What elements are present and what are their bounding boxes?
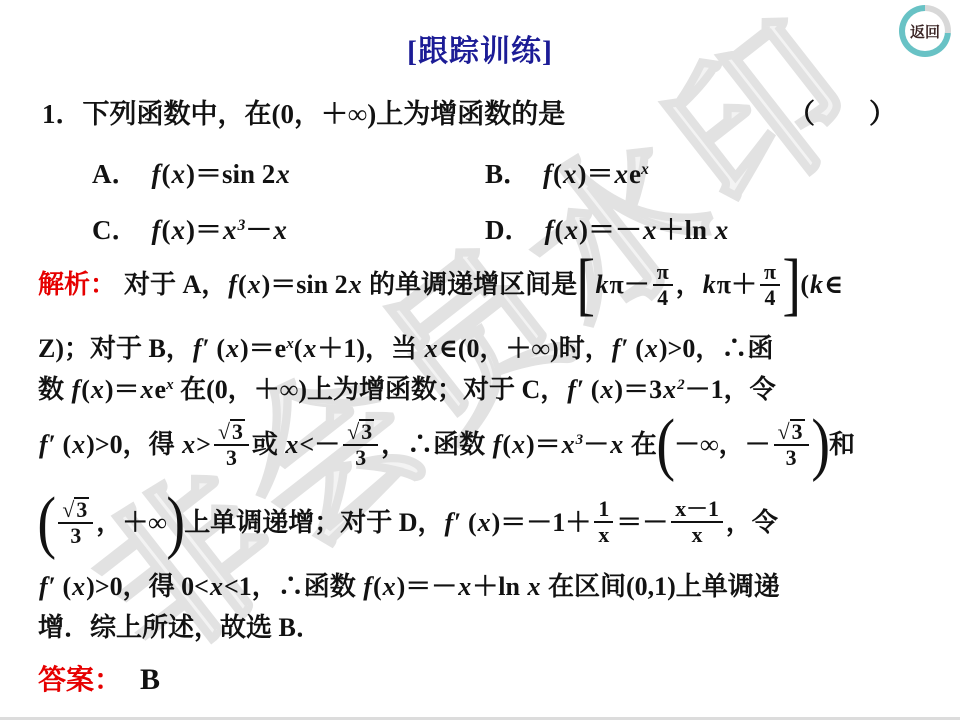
option-a-formula: f(x)＝sin 2x <box>151 159 291 189</box>
options: A．f(x)＝sin 2x B．f(x)＝xex C．f(x)＝x3－x D．f… <box>92 152 920 247</box>
option-b-label: B． <box>485 159 530 189</box>
question-line: 1．下列函数中，在(0，＋∞)上为增函数的是 （ ） <box>42 92 896 131</box>
answer-line: 答案：B <box>38 658 160 698</box>
option-d-label: D． <box>485 215 532 245</box>
analysis-line-3: 数 f(x)＝xex 在(0，＋∞)上为增函数；对于 C，f′ (x)＝3x2－… <box>38 371 938 409</box>
answer-value: B <box>140 663 160 696</box>
analysis-line-1-content: 对于 A，f(x)＝sin 2x 的单调递增区间是[kπ－π4，kπ＋π4](k… <box>124 270 843 299</box>
answer-label: 答案： <box>38 665 122 696</box>
question-text: 1．下列函数中，在(0，＋∞)上为增函数的是 <box>42 92 565 131</box>
analysis-label: 解析： <box>38 270 116 299</box>
option-c-label: C． <box>92 215 139 245</box>
option-d-formula: f(x)＝－x＋ln x <box>544 215 730 245</box>
analysis-line-4: f′ (x)>0，得 x>√33或 x<－√33，∴函数 f(x)＝x3－x 在… <box>38 412 938 482</box>
question-stem: 下列函数中，在(0，＋∞)上为增函数的是 <box>83 99 566 129</box>
option-c: C．f(x)＝x3－x <box>92 208 485 247</box>
analysis-line-6: f′ (x)>0，得 0<x<1，∴函数 f(x)＝－x＋ln x 在区间(0,… <box>38 568 938 606</box>
analysis: 解析：对于 A，f(x)＝sin 2x 的单调递增区间是[kπ－π4，kπ＋π4… <box>38 252 938 649</box>
option-a-label: A． <box>92 159 139 189</box>
option-c-formula: f(x)＝x3－x <box>151 215 288 245</box>
option-d: D．f(x)＝－x＋ln x <box>485 208 920 247</box>
answer-blank: （ ） <box>788 92 896 131</box>
question-number: 1． <box>42 99 83 129</box>
analysis-line-7-content: 增．综上所述，故选 B． <box>38 613 322 642</box>
option-b: B．f(x)＝xex <box>485 152 920 191</box>
analysis-line-7: 增．综上所述，故选 B． <box>38 609 938 647</box>
back-button[interactable]: 返回 <box>899 5 951 57</box>
back-button-ring: 返回 <box>905 11 945 51</box>
option-a: A．f(x)＝sin 2x <box>92 152 485 191</box>
analysis-line-6-content: f′ (x)>0，得 0<x<1，∴函数 f(x)＝－x＋ln x 在区间(0,… <box>38 572 780 601</box>
analysis-line-1: 解析：对于 A，f(x)＝sin 2x 的单调递增区间是[kπ－π4，kπ＋π4… <box>38 252 938 322</box>
analysis-line-2-content: Z)；对于 B，f′ (x)＝ex(x＋1)，当 x∈(0，＋∞)时，f′ (x… <box>38 334 773 363</box>
analysis-line-3-content: 数 f(x)＝xex 在(0，＋∞)上为增函数；对于 C，f′ (x)＝3x2－… <box>38 375 776 404</box>
analysis-line-2: Z)；对于 B，f′ (x)＝ex(x＋1)，当 x∈(0，＋∞)时，f′ (x… <box>38 330 938 368</box>
option-b-formula: f(x)＝xex <box>542 159 649 189</box>
analysis-line-5: (√33，＋∞)上单调递增；对于 D，f′ (x)＝－1＋1x＝－x－1x，令 <box>38 490 938 560</box>
back-button-label: 返回 <box>910 21 940 42</box>
analysis-line-5-content: (√33，＋∞)上单调递增；对于 D，f′ (x)＝－1＋1x＝－x－1x，令 <box>38 508 778 537</box>
slide: 非会员水印 [跟踪训练] 返回 1．下列函数中，在(0，＋∞)上为增函数的是 （… <box>0 0 960 720</box>
page-title: [跟踪训练] <box>0 26 960 70</box>
analysis-line-4-content: f′ (x)>0，得 x>√33或 x<－√33，∴函数 f(x)＝x3－x 在… <box>38 430 855 459</box>
